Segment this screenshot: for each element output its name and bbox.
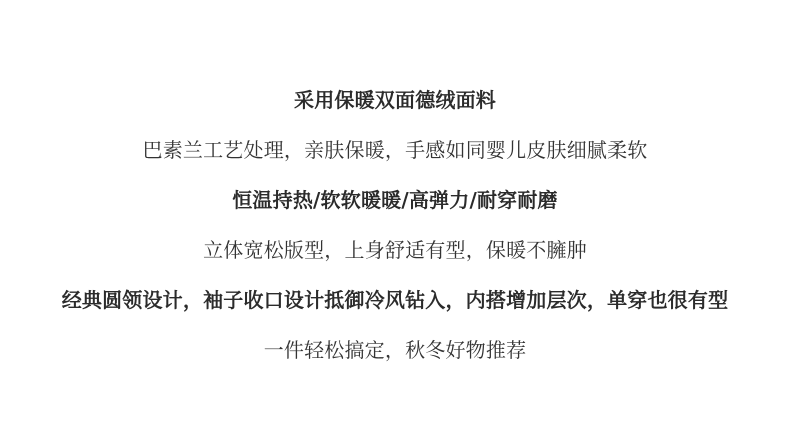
copy-line-recommendation: 一件轻松搞定，秋冬好物推荐 [0,334,790,384]
product-copy-block: 采用保暖双面德绒面料 巴素兰工艺处理，亲肤保暖，手感如同婴儿皮肤细腻柔软 恒温持… [0,84,790,384]
headline-design: 经典圆领设计，袖子收口设计抵御冷风钻入，内搭增加层次，单穿也很有型 [0,284,790,334]
headline-features: 恒温持热/软软暖暖/高弹力/耐穿耐磨 [0,184,790,234]
copy-line-fit: 立体宽松版型，上身舒适有型，保暖不臃肿 [0,234,790,284]
headline-fabric: 采用保暖双面德绒面料 [0,84,790,134]
copy-line-craft: 巴素兰工艺处理，亲肤保暖，手感如同婴儿皮肤细腻柔软 [0,134,790,184]
